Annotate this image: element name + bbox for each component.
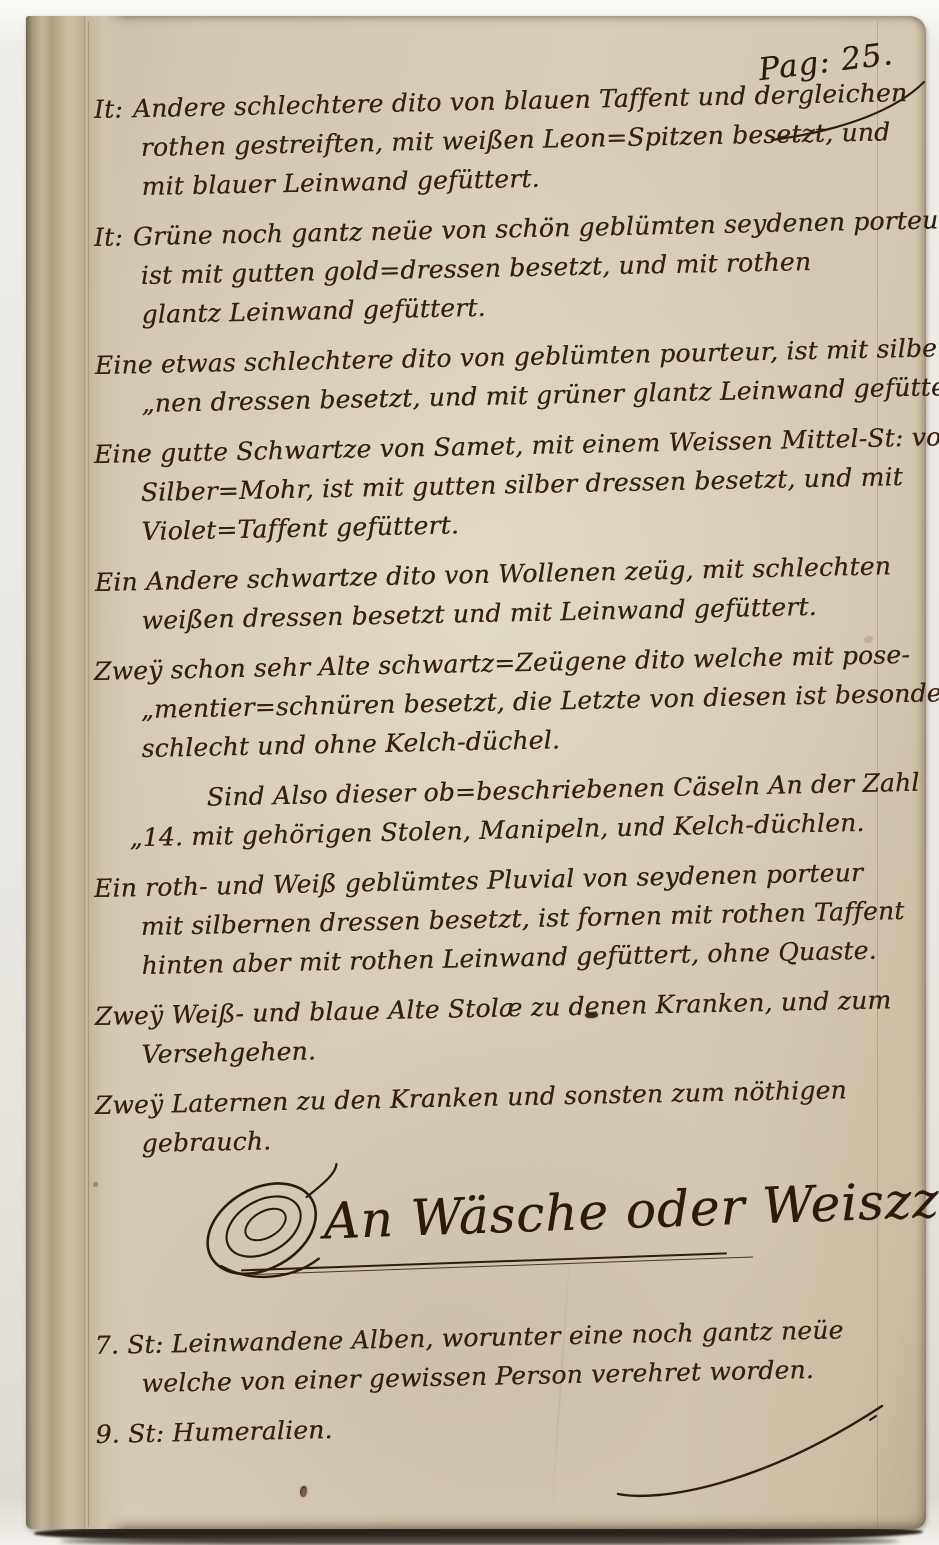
gutter-fold-line (84, 16, 87, 1529)
paragraph: Eine etwas schlechtere dito von geblümte… (94, 329, 887, 424)
paragraph: It:Andere schlechtere dito von blauen Ta… (94, 73, 888, 207)
paragraph: It:Grüne noch gantz neüe von schön geblü… (94, 201, 888, 335)
page-bottom-edge-shadow-soft (60, 1537, 899, 1545)
paragraph: Ein Andere schwartze dito von Wollenen z… (94, 546, 887, 641)
paragraph: Ein roth- und Weiß geblümtes Pluvial von… (94, 852, 888, 986)
manuscript-text-column: It:Andere schlechtere dito von blauen Ta… (96, 90, 888, 1465)
item-marker: It: (94, 94, 124, 124)
section-heading-block: An Wäsche oder Weiszzeüg (220, 1155, 888, 1296)
paragraphs: It:Andere schlechtere dito von blauen Ta… (96, 90, 888, 1164)
heading-initial-flourish-icon (187, 1158, 342, 1303)
paragraph: Zweÿ schon sehr Alte schwartz=Zeügene di… (94, 635, 888, 769)
bottom-pen-swash-icon (600, 1390, 900, 1510)
paragraph: Zweÿ Weiß- und blaue Alte Stolæ zu denen… (94, 980, 887, 1075)
section-heading: An Wäsche oder Weiszzeüg (322, 1168, 939, 1251)
paragraph: Zweÿ Laternen zu den Kranken und sonsten… (94, 1069, 887, 1164)
margin-rule-left (88, 22, 89, 1527)
paragraph: Sind Also dieser ob=beschriebenen Cäseln… (94, 763, 887, 858)
item-marker: It: (94, 222, 124, 252)
paragraph: Eine gutte Schwartze von Samet, mit eine… (94, 418, 888, 552)
